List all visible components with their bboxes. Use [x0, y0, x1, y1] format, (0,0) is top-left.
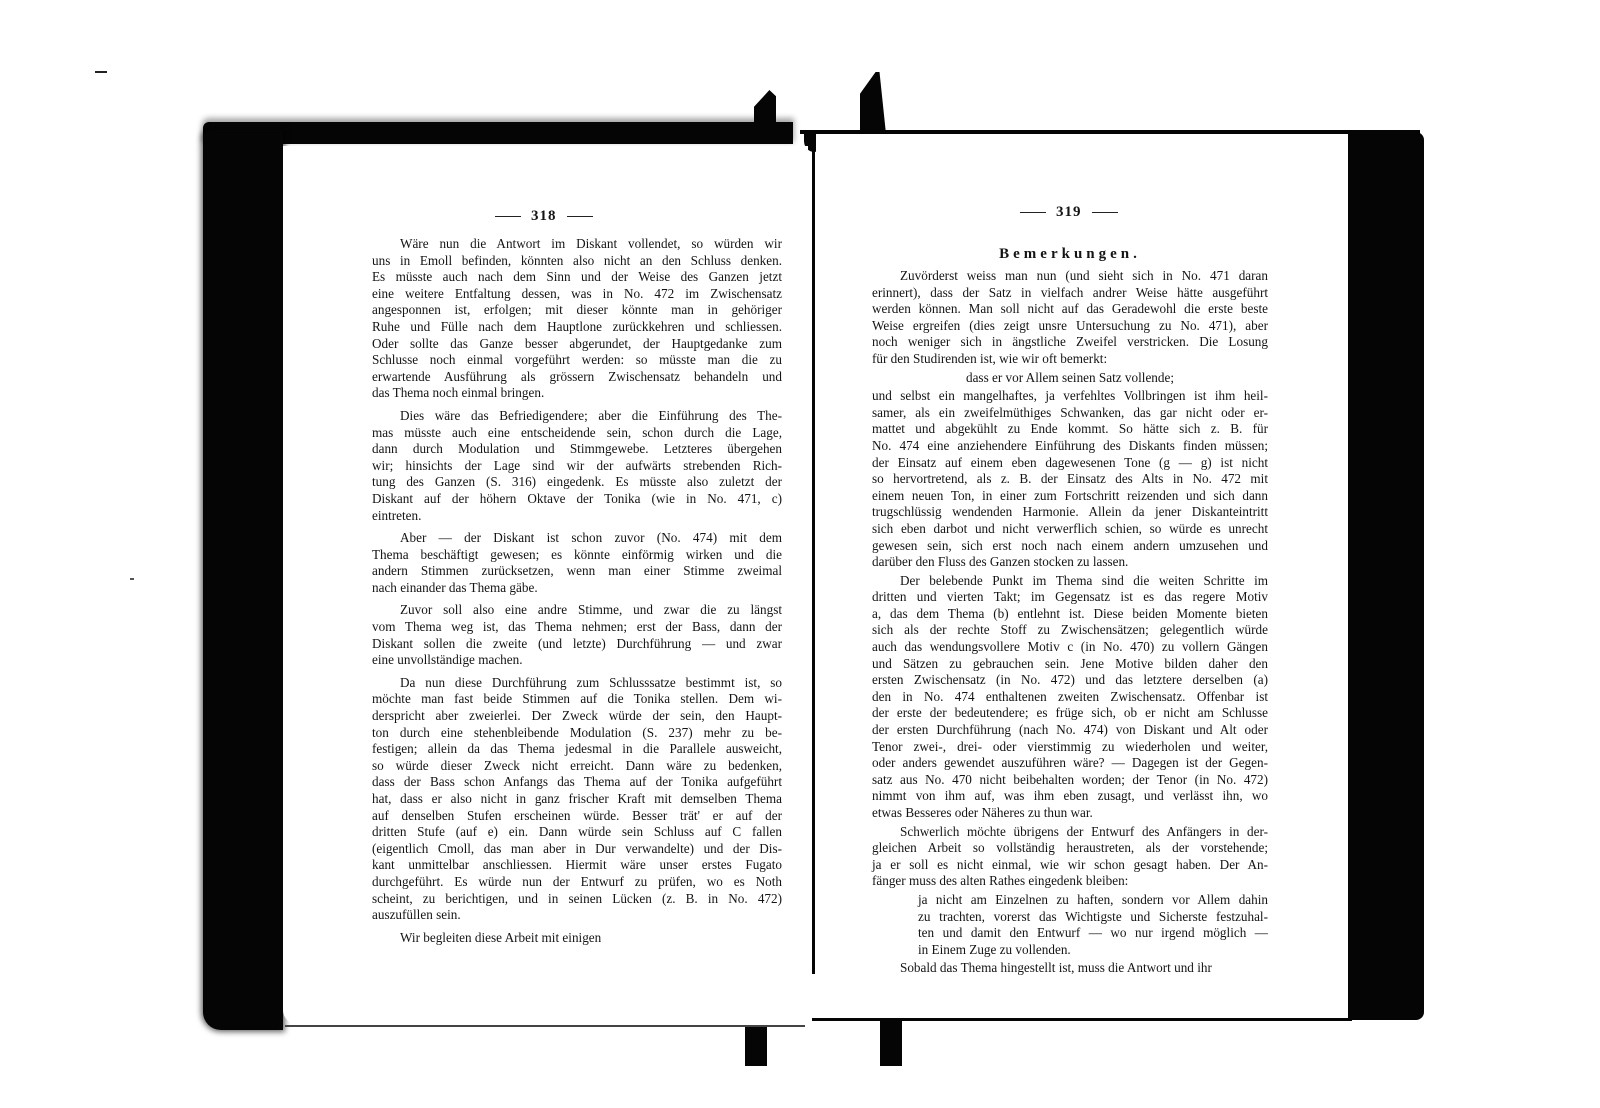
text-line: vom Thema weg ist, das Thema nehmen; ers… [372, 619, 782, 636]
text-line: Da nun diese Durchführung zum Schlusssat… [372, 675, 782, 692]
text-line: Diskant auf der höhern Oktave der Tonika… [372, 491, 782, 508]
text-line: werden können. Man soll nicht auf das Ge… [872, 301, 1268, 318]
spine-gutter [812, 134, 815, 974]
text-line: nimmt von ihm auf, was ihm eben zusagt, … [872, 788, 1268, 805]
text-line: oder anders gewendet auszuführen wäre? —… [872, 755, 1268, 772]
book-scan: 318 319 Bemerkungen. Wäre nun die Antwor… [0, 0, 1600, 1108]
text-line: dritten und vierten Takt; im Gegensatz i… [872, 589, 1268, 606]
text-line: darüber den Fluss des Ganzen stocken zu … [872, 554, 1268, 571]
text-line: Zuvörderst weiss man nun (und sieht sich… [872, 268, 1268, 285]
text-line: ja nicht am Einzelnen zu haften, sondern… [872, 892, 1268, 909]
text-line: kant unmittelbar anschliessen. Hiermit w… [372, 857, 782, 874]
text-line: wir; hinsichts der Lage sind wir der auf… [372, 458, 782, 475]
text-line: dann durch Modulation und Stimmgewebe. L… [372, 441, 782, 458]
folio-rule [1020, 212, 1046, 213]
text-line: den in No. 474 enthaltenen zweiten Zwisc… [872, 689, 1268, 706]
folio-rule [1092, 212, 1118, 213]
text-line: Wir begleiten diese Arbeit mit einigen [372, 930, 782, 947]
text-line: gewesen sein, sich erst noch nach einem … [872, 538, 1268, 555]
paragraph: und selbst ein mangelhaftes, ja verfehlt… [872, 388, 1268, 571]
text-line: ton durch eine stehenbleibende Modulatio… [372, 725, 782, 742]
paragraph: Der belebende Punkt im Thema sind die we… [872, 573, 1268, 822]
text-line: der Einsatz auf einem eben dagewesenen T… [872, 455, 1268, 472]
text-line: möchte man fast beide Stimmen auf die To… [372, 691, 782, 708]
text-line: einem neuen Ton, in einer zum Fortschrit… [872, 488, 1268, 505]
page-foot-marker [745, 1026, 767, 1066]
text-line: erwartende Ausführung als grössern Zwisc… [372, 369, 782, 386]
left-page-fore-edge [203, 130, 283, 1030]
left-page-bottom-edge [285, 1025, 805, 1027]
paragraph: Zuvörderst weiss man nun (und sieht sich… [872, 268, 1268, 368]
text-line: erinnert), dass der Satz in vielfach and… [872, 285, 1268, 302]
text-line: und Sätzen zu gebrauchen sein. Jene Moti… [872, 656, 1268, 673]
text-line: uns in Emoll befinden, könnten also nich… [372, 253, 782, 270]
text-line: angesponnen ist, erfolgen; mit dieser kö… [372, 302, 782, 319]
text-line: Tenor zwei-, drei- oder vierstimmig zu w… [872, 739, 1268, 756]
text-line: derspricht aber zweierlei. Der Zweck wür… [372, 708, 782, 725]
text-line: der ersten Durchführung (nach No. 474) v… [872, 722, 1268, 739]
text-line: Wäre nun die Antwort im Diskant vollende… [372, 236, 782, 253]
text-line: gleichen Arbeit so vollständig heraustre… [872, 840, 1268, 857]
paragraph: Aber — der Diskant ist schon zuvor (No. … [372, 530, 782, 596]
text-line: Aber — der Diskant ist schon zuvor (No. … [372, 530, 782, 547]
paragraph: Zuvor soll also eine andre Stimme, und z… [372, 602, 782, 668]
text-line: sich als der rechte Stoff zu Zwischensät… [872, 622, 1268, 639]
paragraph: Schwerlich möchte übrigens der Entwurf d… [872, 824, 1268, 890]
text-line: Weise ergreifen (dies zeigt unsre Unters… [872, 318, 1268, 335]
folio-rule [495, 216, 521, 217]
text-line: etwas Besseres oder Näheres zu thun war. [872, 805, 1268, 822]
text-line: auch das wendungsvollere Motiv c (in No.… [872, 639, 1268, 656]
left-page-number: 318 [495, 208, 593, 225]
text-line: so würde dieser Zweck nicht erreicht. Da… [372, 758, 782, 775]
text-line: Thema beschäftigt gewesen; es könnte ein… [372, 547, 782, 564]
text-line: eintreten. [372, 508, 782, 525]
right-page-fore-edge [1348, 132, 1424, 1020]
text-line: Der belebende Punkt im Thema sind die we… [872, 573, 1268, 590]
text-line: in Einem Zuge zu vollenden. [872, 942, 1268, 959]
right-page-body: Zuvörderst weiss man nun (und sieht sich… [872, 268, 1268, 979]
page-foot-marker [880, 1020, 902, 1066]
text-line: ten und damit den Entwurf — wo nur irgen… [872, 925, 1268, 942]
text-line: No. 474 eine anziehendere Einführung des… [872, 438, 1268, 455]
text-line: satz aus No. 470 nicht beibehalten worde… [872, 772, 1268, 789]
folio-rule [567, 216, 593, 217]
paragraph: Wir begleiten diese Arbeit mit einigen [372, 930, 782, 947]
right-page-bottom-edge [812, 1018, 1352, 1021]
text-line: für den Studirenden ist, wie wir oft bem… [872, 351, 1268, 368]
text-line: und selbst ein mangelhaftes, ja verfehlt… [872, 388, 1268, 405]
text-line: nach einander das Thema gäbe. [372, 580, 782, 597]
text-line: Sobald das Thema hingestellt ist, muss d… [872, 960, 1268, 977]
page-number-text: 318 [531, 208, 557, 225]
text-line: dass der Bass schon Anfangs das Thema au… [372, 774, 782, 791]
text-line: Schlusse noch einmal vorgeführt werden: … [372, 352, 782, 369]
text-line: noch weniger sich in ängstliche Zweifel … [872, 334, 1268, 351]
text-line: so hervortretend, als z. B. der Einsatz … [872, 471, 1268, 488]
text-line: der erste der bedeutendere; es früge sic… [872, 705, 1268, 722]
text-line: ersten Zwischensatz (in No. 472) und das… [872, 672, 1268, 689]
text-line: mattet und abgekühlt zu Ende kommt. So h… [872, 421, 1268, 438]
text-line: ja er soll es nicht einmal, wie wir scho… [872, 857, 1268, 874]
text-line: Schwerlich möchte übrigens der Entwurf d… [872, 824, 1268, 841]
scan-artifact-dash [95, 71, 107, 73]
paragraph: Da nun diese Durchführung zum Schlusssat… [372, 675, 782, 924]
text-line: auszufüllen sein. [372, 907, 782, 924]
page-number-text: 319 [1056, 204, 1082, 221]
paragraph: Wäre nun die Antwort im Diskant vollende… [372, 236, 782, 402]
page-tab-marker [754, 90, 776, 132]
text-line: auf denselben Stufen erscheinen würde. B… [372, 808, 782, 825]
text-line: eine unvollständige machen. [372, 652, 782, 669]
text-line: Diskant sollen die zweite (und letzte) D… [372, 636, 782, 653]
left-page-top-edge [203, 122, 793, 144]
text-line: zu trachten, vorerst das Wichtigste und … [872, 909, 1268, 926]
paragraph: dass er vor Allem seinen Satz vollende; [872, 370, 1268, 387]
text-line: dritten Stufe (auf e) ein. Dann würde se… [372, 824, 782, 841]
left-page-body: Wäre nun die Antwort im Diskant vollende… [372, 236, 782, 952]
text-line: Ruhe und Fülle nach dem Hauptlone zurück… [372, 319, 782, 336]
text-line: das Thema noch einmal bringen. [372, 385, 782, 402]
paragraph: Dies wäre das Befriedigendere; aber die … [372, 408, 782, 524]
text-line: festigen; allein da das Thema jedesmal i… [372, 741, 782, 758]
text-line: samer, als ein zweifelmüthiges Schwanken… [872, 405, 1268, 422]
text-line: hat, dass er also nicht in ganz frischer… [372, 791, 782, 808]
text-line: tung des Ganzen (S. 316) eingedenk. Es m… [372, 474, 782, 491]
text-line: scheint, zu berichtigen, und in seinen L… [372, 891, 782, 908]
text-line: Oder sollte das Ganze besser abgerundet,… [372, 336, 782, 353]
paragraph: Sobald das Thema hingestellt ist, muss d… [872, 960, 1268, 977]
text-line: eine weitere Entfaltung dessen, was in N… [372, 286, 782, 303]
section-heading: Bemerkungen. [872, 246, 1268, 263]
text-line: Dies wäre das Befriedigendere; aber die … [372, 408, 782, 425]
text-line: (eigentlich Cmoll, das man aber in Dur v… [372, 841, 782, 858]
text-line: a, das dem Thema (b) entlehnt ist. Diese… [872, 606, 1268, 623]
page-tab-marker [860, 72, 886, 134]
text-line: mas müsste auch eine entscheidende sein,… [372, 425, 782, 442]
paragraph: ja nicht am Einzelnen zu haften, sondern… [872, 892, 1268, 958]
text-line: dass er vor Allem seinen Satz vollende; [872, 370, 1268, 387]
text-line: Zuvor soll also eine andre Stimme, und z… [372, 602, 782, 619]
text-line: fänger muss des alten Rathes eingedenk b… [872, 873, 1268, 890]
text-line: durchgeführt. Es würde nun der Entwurf z… [372, 874, 782, 891]
text-line: sich eben darbot und nicht verwerflich s… [872, 521, 1268, 538]
right-page-number: 319 [1020, 204, 1118, 221]
text-line: trugschlüssig wendenden Harmonie. Allein… [872, 504, 1268, 521]
text-line: Es müsste auch nach dem Sinn und der Wei… [372, 269, 782, 286]
text-line: andern Stimmen zurücksetzen, wenn man ei… [372, 563, 782, 580]
scan-artifact-tick [130, 578, 134, 580]
